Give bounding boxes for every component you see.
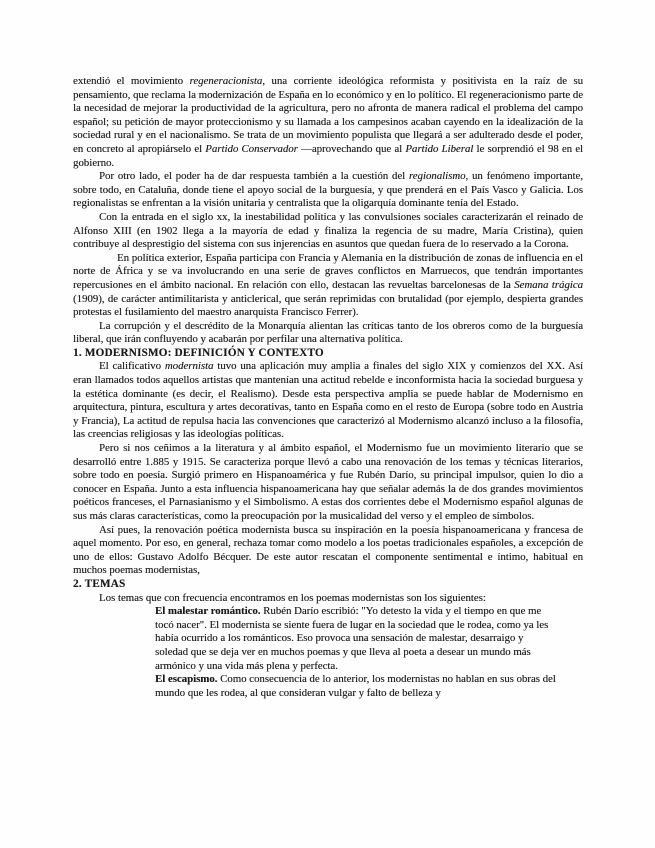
text-run: extendió el movimiento: [73, 75, 190, 87]
text-run: Pero si nos ceñimos a la literatura y al…: [73, 442, 583, 522]
topic-item: El escapismo. Como consecuencia de lo an…: [155, 673, 559, 700]
text-run: Partido Liberal: [405, 143, 473, 155]
text-run: 2. TEMAS: [73, 578, 125, 590]
text-run: Con la entrada en el siglo xx, la inesta…: [73, 211, 583, 250]
paragraph: La corrupción y el descrédito de la Mona…: [73, 320, 583, 347]
section-heading: 1. MODERNISMO: DEFINICIÓN Y CONTEXTO: [73, 347, 583, 361]
text-run: Los temas que con frecuencia encontramos…: [99, 592, 486, 604]
text-run: (1909), de carácter antimilitarista y an…: [73, 293, 583, 319]
text-run: Por otro lado, el poder ha de dar respue…: [99, 170, 409, 182]
text-run: —aprovechando que al: [298, 143, 406, 155]
paragraph: Los temas que con frecuencia encontramos…: [73, 592, 583, 606]
paragraph: Pero si nos ceñimos a la literatura y al…: [73, 442, 583, 524]
paragraph: El calificativo modernista tuvo una apli…: [73, 360, 583, 442]
section-heading: 2. TEMAS: [73, 578, 583, 592]
text-run: El calificativo: [99, 360, 165, 372]
text-run: El escapismo.: [155, 673, 217, 685]
text-run: Semana trágica: [514, 279, 583, 291]
paragraph: Por otro lado, el poder ha de dar respue…: [73, 170, 583, 211]
text-run: regionalismo: [409, 170, 466, 182]
text-run: La corrupción y el descrédito de la Mona…: [73, 320, 583, 346]
topic-item: El malestar romántico. Rubén Darío escri…: [155, 605, 559, 673]
text-run: regeneracionista: [190, 75, 263, 87]
document-page: extendió el movimiento regeneracionista,…: [0, 0, 655, 848]
paragraph: extendió el movimiento regeneracionista,…: [73, 75, 583, 170]
paragraph: En política exterior, España participa c…: [73, 252, 583, 320]
text-run: En política exterior, España participa c…: [73, 252, 583, 291]
text-run: Partido Conservador: [205, 143, 298, 155]
document-body: extendió el movimiento regeneracionista,…: [73, 75, 583, 700]
text-run: 1. MODERNISMO: DEFINICIÓN Y CONTEXTO: [73, 347, 324, 359]
text-run: El malestar romántico.: [155, 605, 260, 617]
paragraph: Así pues, la renovación poética modernis…: [73, 524, 583, 578]
text-run: modernista: [165, 360, 214, 372]
text-run: Así pues, la renovación poética modernis…: [73, 524, 583, 577]
paragraph: Con la entrada en el siglo xx, la inesta…: [73, 211, 583, 252]
